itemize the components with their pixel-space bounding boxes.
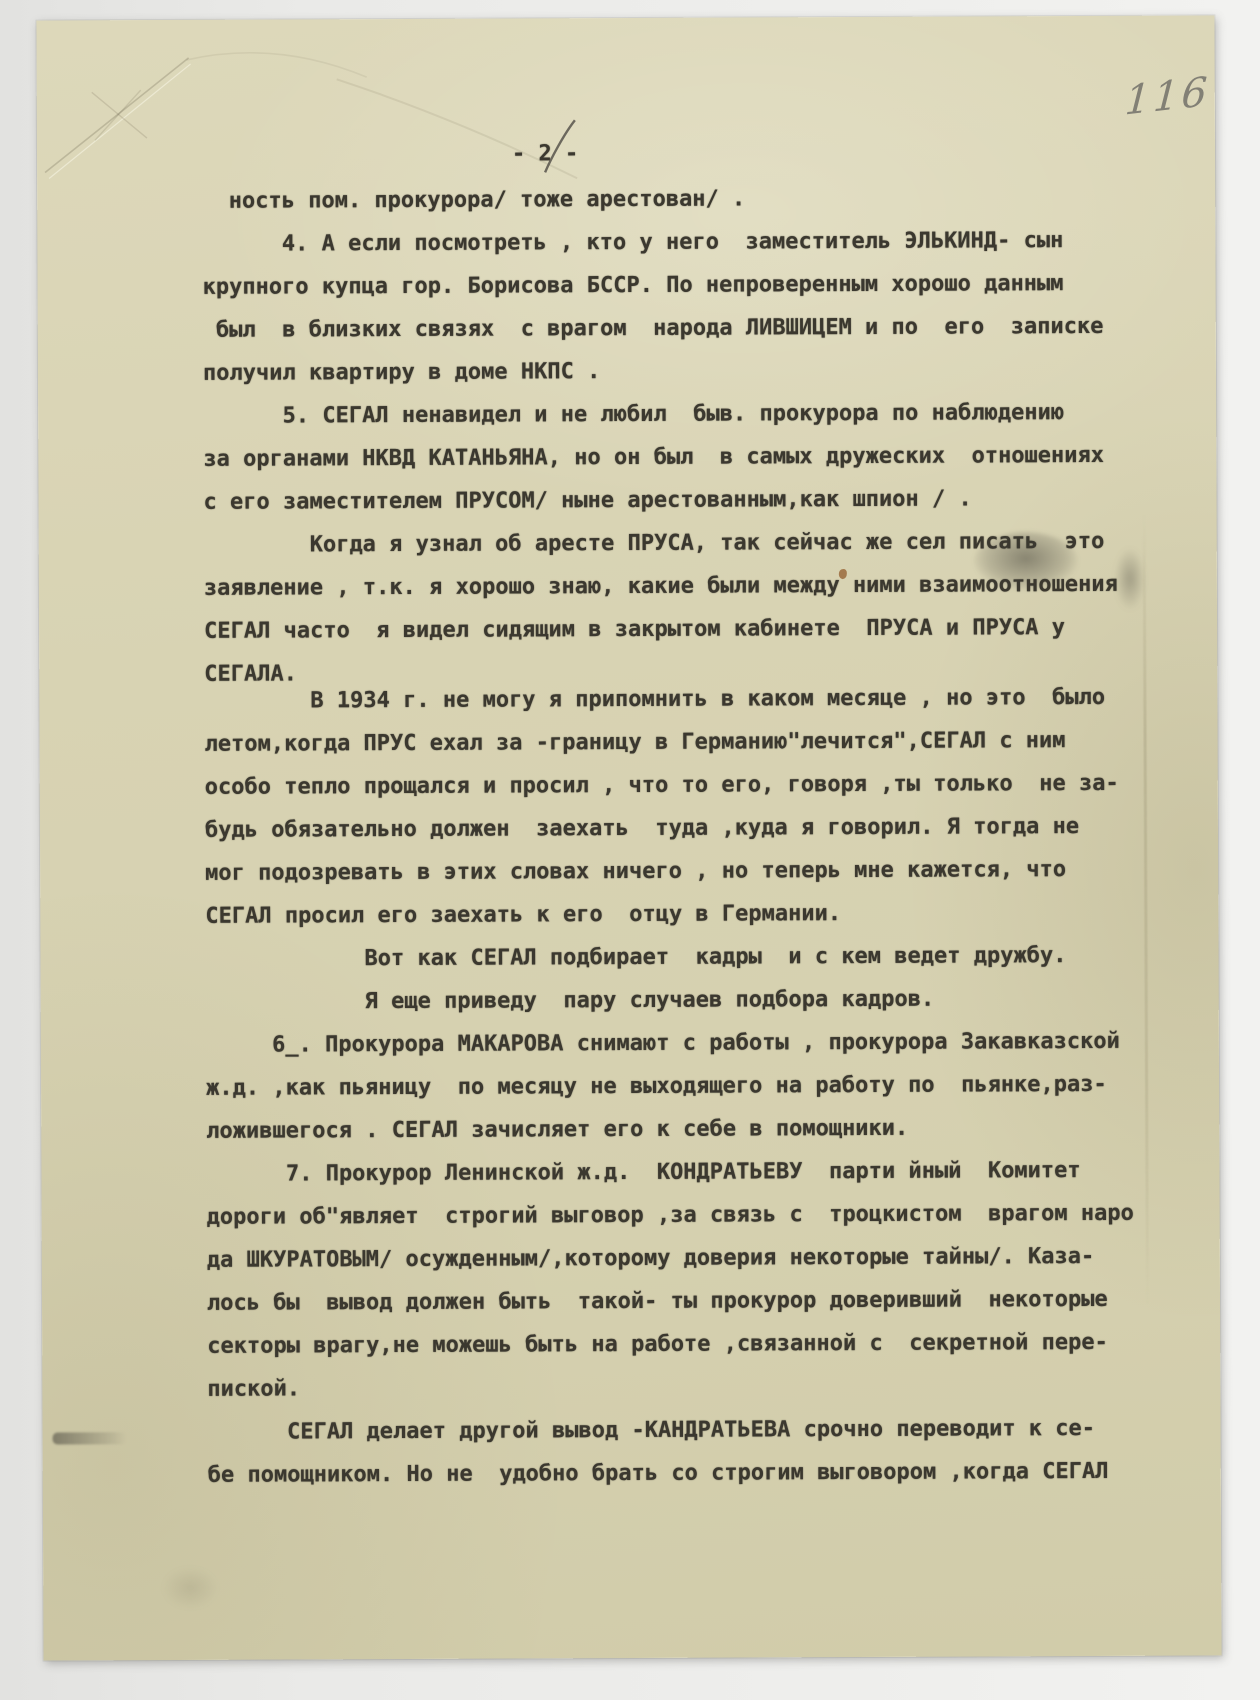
typed-line: СЕГАЛ просил его заехать к его отцу в Ге…	[205, 891, 1165, 938]
typed-line: да ШКУРАТОВЫМ/ осужденным/,которому дове…	[207, 1235, 1167, 1282]
typed-line: СЕГАЛ делает другой вывод -КАНДРАТЬЕВА с…	[207, 1407, 1167, 1454]
typed-line: секторы врагу,не можешь быть на работе ,…	[207, 1321, 1167, 1368]
typed-line: пиской.	[207, 1364, 1167, 1411]
typed-line: 5. СЕГАЛ ненавидел и не любил быв. проку…	[203, 391, 1163, 438]
pencil-page-number: 116	[1123, 69, 1211, 125]
typed-text-body: ность пом. прокурора/ тоже арестован/ . …	[202, 176, 1168, 1497]
typed-line: мог подозревать в этих словах ничего , н…	[205, 848, 1165, 895]
typed-line: Я еще приведу пару случаев подбора кадро…	[206, 977, 1166, 1024]
typed-line: бе помощником. Но не удобно брать со стр…	[208, 1450, 1168, 1497]
typed-line: Вот как СЕГАЛ подбирает кадры и с кем ве…	[205, 934, 1165, 981]
typed-line: летом,когда ПРУС ехал за -границу в Герм…	[204, 719, 1164, 766]
handwritten-strike-mark	[540, 118, 580, 176]
typed-line: ложившегося . СЕГАЛ зачисляет его к себе…	[206, 1106, 1166, 1153]
typed-line: за органами НКВД КАТАНЬЯНА, но он был в …	[203, 434, 1163, 481]
ink-smudge	[974, 532, 1078, 590]
typed-line: крупного купца гор. Борисова БССР. По не…	[202, 262, 1162, 309]
typed-line: В 1934 г. не могу я припомнить в каком м…	[204, 676, 1164, 723]
typed-line: 7. Прокурор Ленинской ж.д. КОНДРАТЬЕВУ п…	[206, 1149, 1166, 1196]
typed-line: был в близких связях с врагом народа ЛИВ…	[203, 305, 1163, 352]
paper-stain	[161, 1566, 219, 1610]
typed-line: с его заместителем ПРУСОМ/ ныне арестова…	[203, 477, 1163, 524]
typed-line: 4. А если посмотреть , кто у него замест…	[202, 219, 1162, 266]
typed-line: особо тепло прощался и просил , что то е…	[205, 762, 1165, 809]
typed-line: будь обязательно должен заехать туда ,ку…	[205, 805, 1165, 852]
typed-line: ность пом. прокурора/ тоже арестован/ .	[202, 176, 1162, 223]
ink-smudge-left-edge	[53, 1432, 127, 1444]
ink-smudge-right-edge	[1115, 548, 1145, 610]
typed-line: ж.д. ,как пьяницу по месяцу не выходящег…	[206, 1063, 1166, 1110]
typed-line: лось бы вывод должен быть такой- ты прок…	[207, 1278, 1167, 1325]
typed-line: 6_. Прокурора МАКАРОВА снимают с работы …	[206, 1020, 1166, 1067]
typed-line: получил квартиру в доме НКПС .	[203, 348, 1163, 395]
scanned-archival-page: { "page": { "pencil_page_number": "116",…	[0, 0, 1260, 1700]
typed-line: СЕГАЛ часто я видел сидящим в закрытом к…	[204, 606, 1164, 653]
document-page: 116 - 2 - ность пом. прокурора/ тоже аре…	[36, 15, 1221, 1660]
typed-line: дороги об"являет строгий выговор ,за свя…	[207, 1192, 1167, 1239]
